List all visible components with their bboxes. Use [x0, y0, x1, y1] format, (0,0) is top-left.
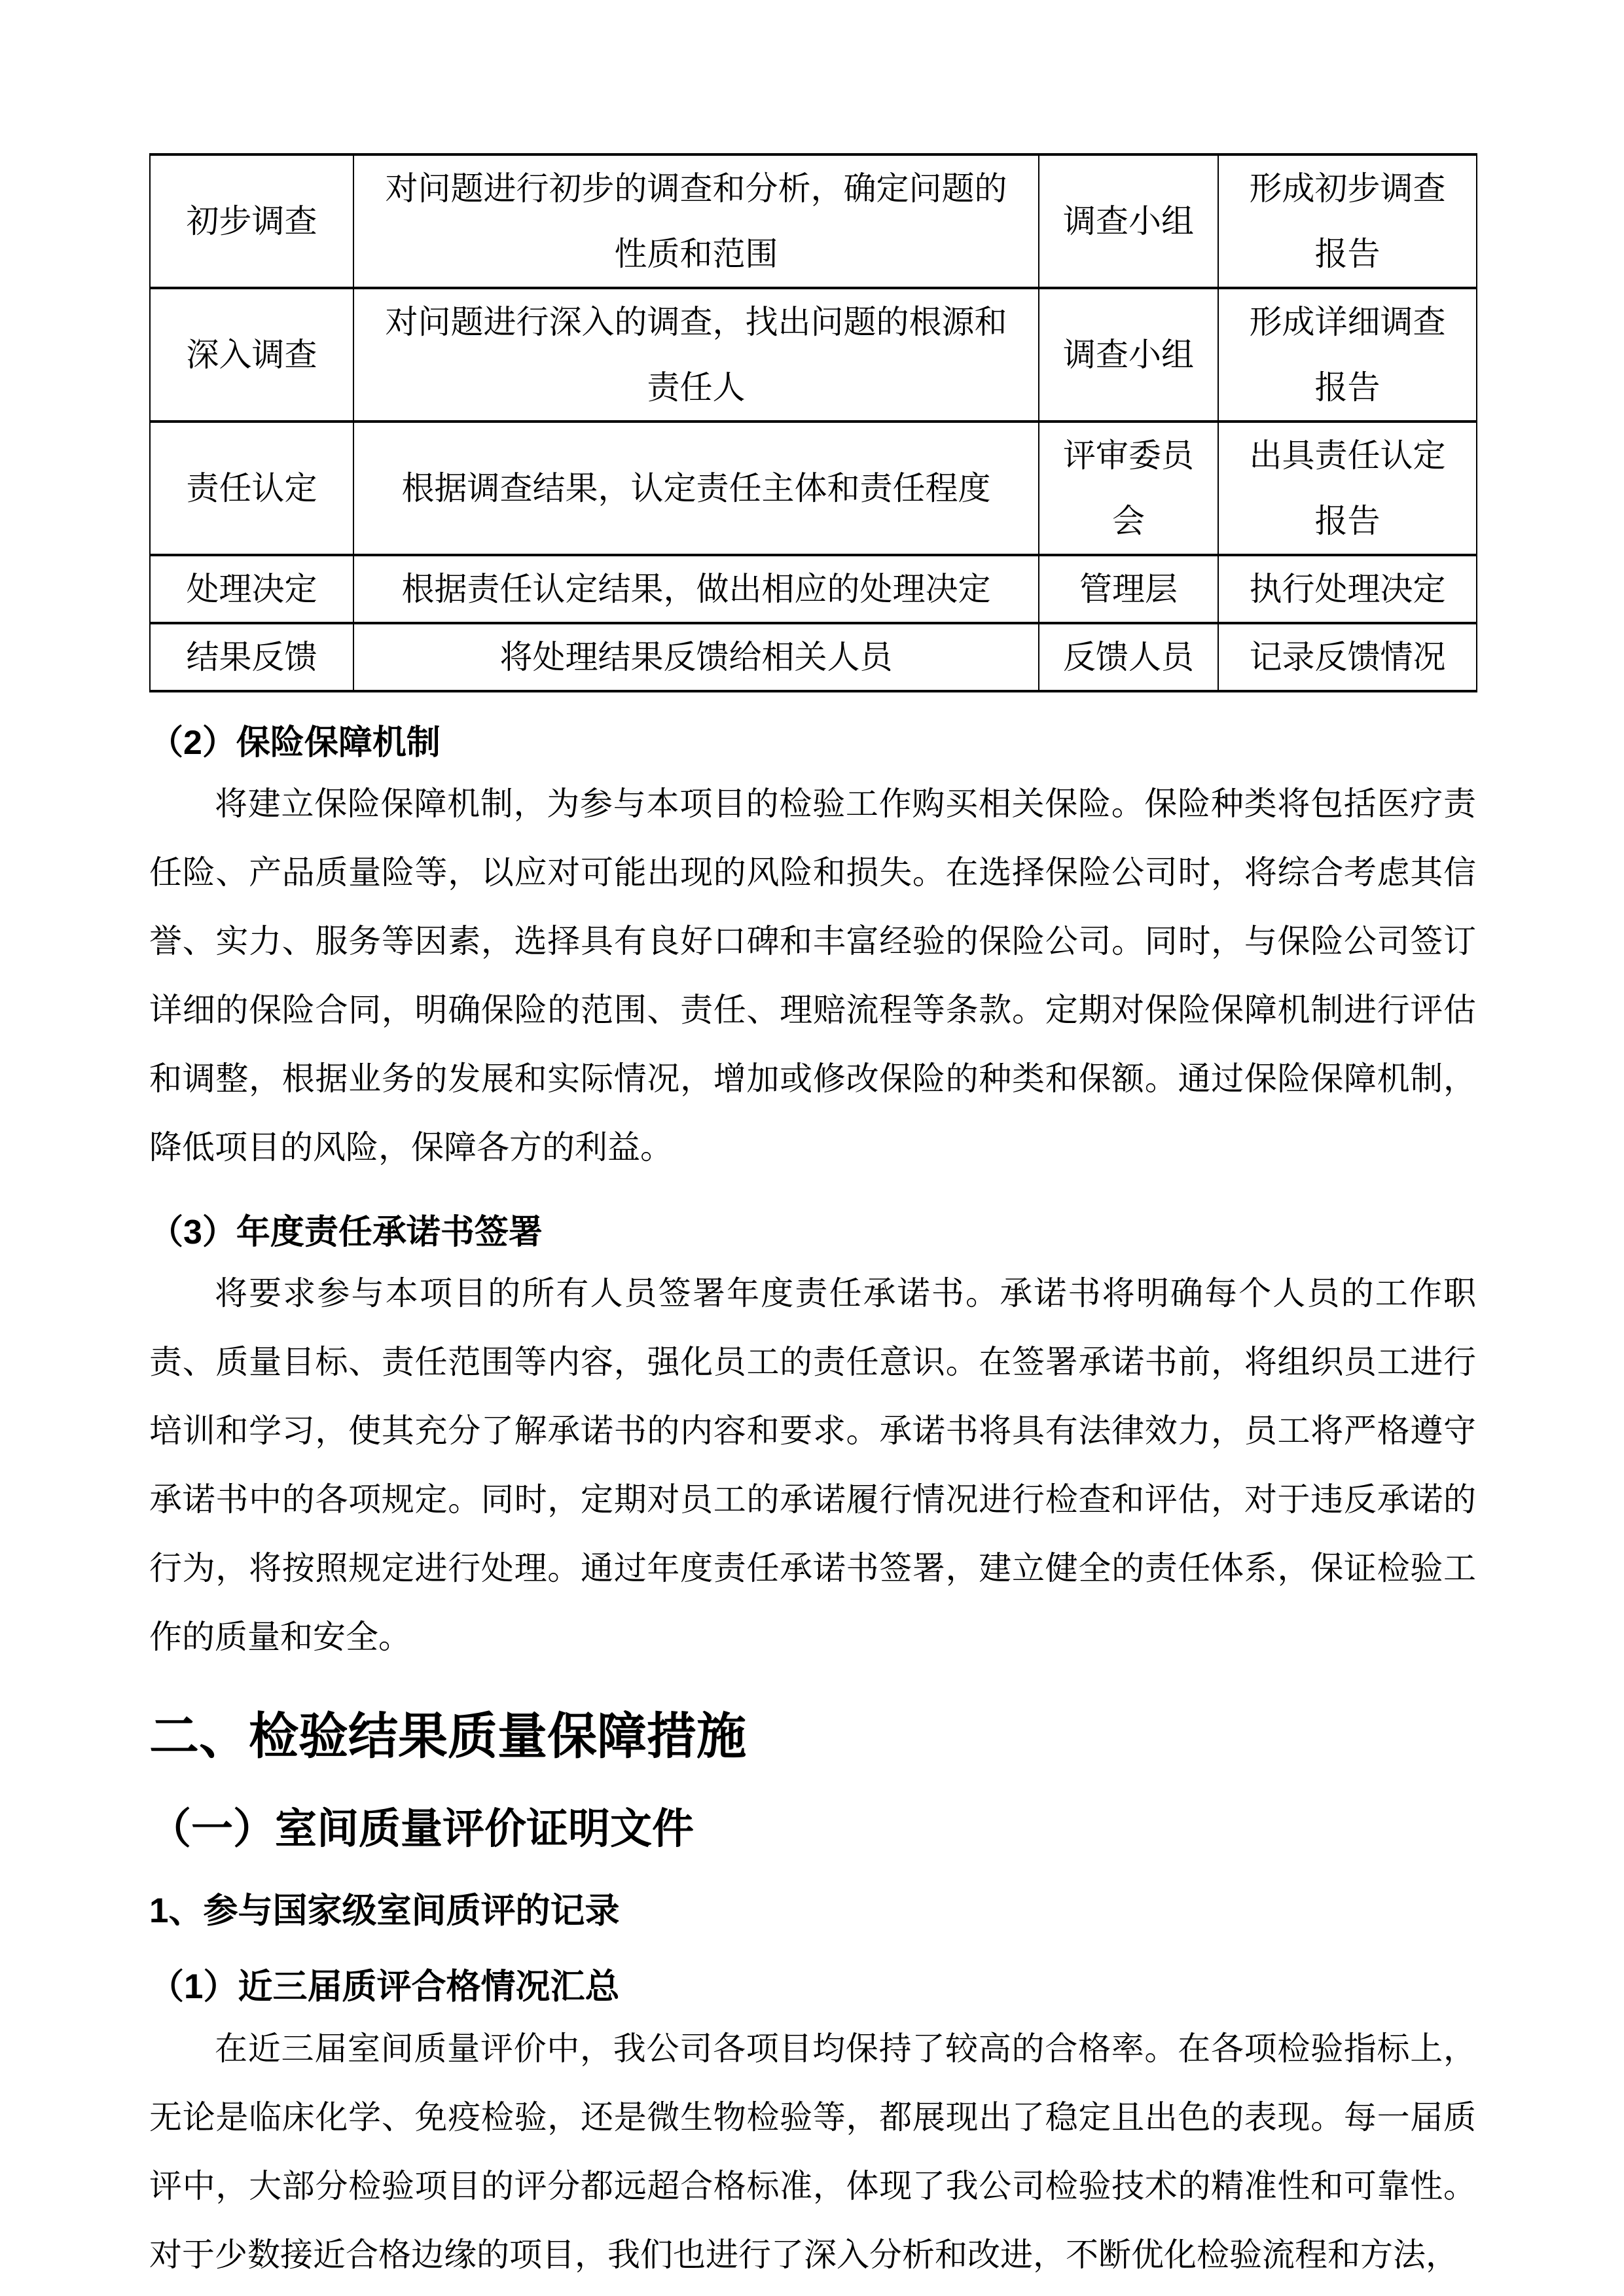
cell-stage: 结果反馈 [150, 623, 353, 691]
cell-description: 对问题进行初步的调查和分析，确定问题的性质和范围 [353, 154, 1039, 288]
heading-annual-commitment: （3）年度责任承诺书签署 [149, 1212, 1476, 1253]
paragraph-eqa-performance: 在近三届室间质量评价中，我公司各项目均保持了较高的合格率。在各项检验指标上，无论… [149, 2015, 1476, 2289]
cell-stage: 处理决定 [150, 555, 353, 623]
document-page: { "document": { "table": { "rows": [ { "… [0, 0, 1624, 2296]
cell-stage: 深入调查 [150, 288, 353, 422]
table-row: 深入调查 对问题进行深入的调查，找出问题的根源和责任人 调查小组 形成详细调查报… [150, 288, 1477, 422]
cell-responsible: 调查小组 [1039, 154, 1218, 288]
cell-description: 对问题进行深入的调查，找出问题的根源和责任人 [353, 288, 1039, 422]
paragraph-annual-commitment: 将要求参与本项目的所有人员签署年度责任承诺书。承诺书将明确每个人员的工作职责、质… [149, 1259, 1476, 1672]
cell-responsible: 反馈人员 [1039, 623, 1218, 691]
cell-output: 执行处理决定 [1218, 555, 1477, 623]
cell-stage: 责任认定 [150, 422, 353, 555]
heading-section-eqa-certificates: （一）室间质量评价证明文件 [149, 1801, 1476, 1856]
table-row: 责任认定 根据调查结果，认定责任主体和责任程度 评审委员会 出具责任认定报告 [150, 422, 1477, 555]
cell-responsible: 评审委员会 [1039, 422, 1218, 555]
cell-stage: 初步调查 [150, 154, 353, 288]
table-row: 结果反馈 将处理结果反馈给相关人员 反馈人员 记录反馈情况 [150, 623, 1477, 691]
cell-output: 形成初步调查报告 [1218, 154, 1477, 288]
table-row: 初步调查 对问题进行初步的调查和分析，确定问题的性质和范围 调查小组 形成初步调… [150, 154, 1477, 288]
table-row: 处理决定 根据责任认定结果，做出相应的处理决定 管理层 执行处理决定 [150, 555, 1477, 623]
heading-item-eqa-pass-summary: （1）近三届质评合格情况汇总 [149, 1966, 1476, 2008]
heading-subsection-national-eqa-records: 1、参与国家级室间质评的记录 [149, 1890, 1476, 1932]
cell-description: 根据责任认定结果，做出相应的处理决定 [353, 555, 1039, 623]
cell-responsible: 管理层 [1039, 555, 1218, 623]
heading-insurance-mechanism: （2）保险保障机制 [149, 723, 1476, 763]
cell-output: 出具责任认定报告 [1218, 422, 1477, 555]
paragraph-insurance-mechanism: 将建立保险保障机制，为参与本项目的检验工作购买相关保险。保险种类将包括医疗责任险… [149, 770, 1476, 1182]
process-table: 初步调查 对问题进行初步的调查和分析，确定问题的性质和范围 调查小组 形成初步调… [149, 153, 1477, 692]
cell-responsible: 调查小组 [1039, 288, 1218, 422]
cell-output: 记录反馈情况 [1218, 623, 1477, 691]
heading-chapter-quality-assurance: 二、检验结果质量保障措施 [149, 1706, 1476, 1768]
page-content: 初步调查 对问题进行初步的调查和分析，确定问题的性质和范围 调查小组 形成初步调… [0, 0, 1624, 2289]
cell-description: 根据调查结果，认定责任主体和责任程度 [353, 422, 1039, 555]
cell-output: 形成详细调查报告 [1218, 288, 1477, 422]
cell-description: 将处理结果反馈给相关人员 [353, 623, 1039, 691]
